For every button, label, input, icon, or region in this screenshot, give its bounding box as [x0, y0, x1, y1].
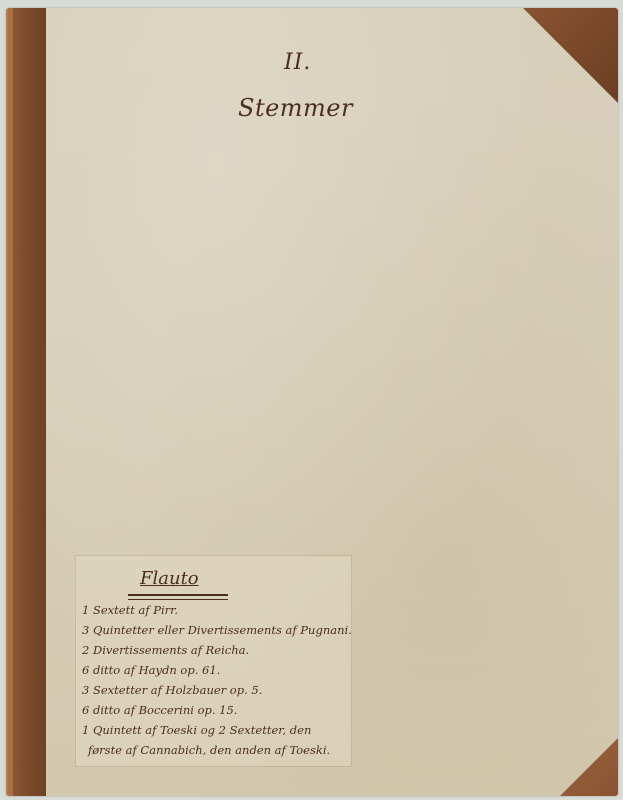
manuscript-cover: II. Stemmer Flauto 1 Sextett af Pirr. 3 … [6, 8, 618, 796]
list-item: 1 Sextett af Pirr. [82, 600, 352, 620]
list-item: 6 ditto af Haydn op. 61. [82, 660, 352, 680]
leather-spine [6, 8, 46, 796]
volume-number: II. [284, 50, 311, 75]
label-heading: Flauto [140, 568, 199, 589]
list-item: 3 Quintetter eller Divertissements af Pu… [82, 620, 352, 640]
list-item: 6 ditto af Boccerini op. 15. [82, 700, 352, 720]
list-item: 3 Sextetter af Holzbauer op. 5. [82, 680, 352, 700]
list-item: 2 Divertissements af Reicha. [82, 640, 352, 660]
cover-title: Stemmer [238, 94, 353, 122]
contents-list: 1 Sextett af Pirr. 3 Quintetter eller Di… [82, 600, 352, 760]
list-item: første af Cannabich, den anden af Toeski… [82, 740, 352, 760]
list-item: 1 Quintett af Toeski og 2 Sextetter, den [82, 720, 352, 740]
contents-label: Flauto 1 Sextett af Pirr. 3 Quintetter e… [76, 556, 351, 766]
